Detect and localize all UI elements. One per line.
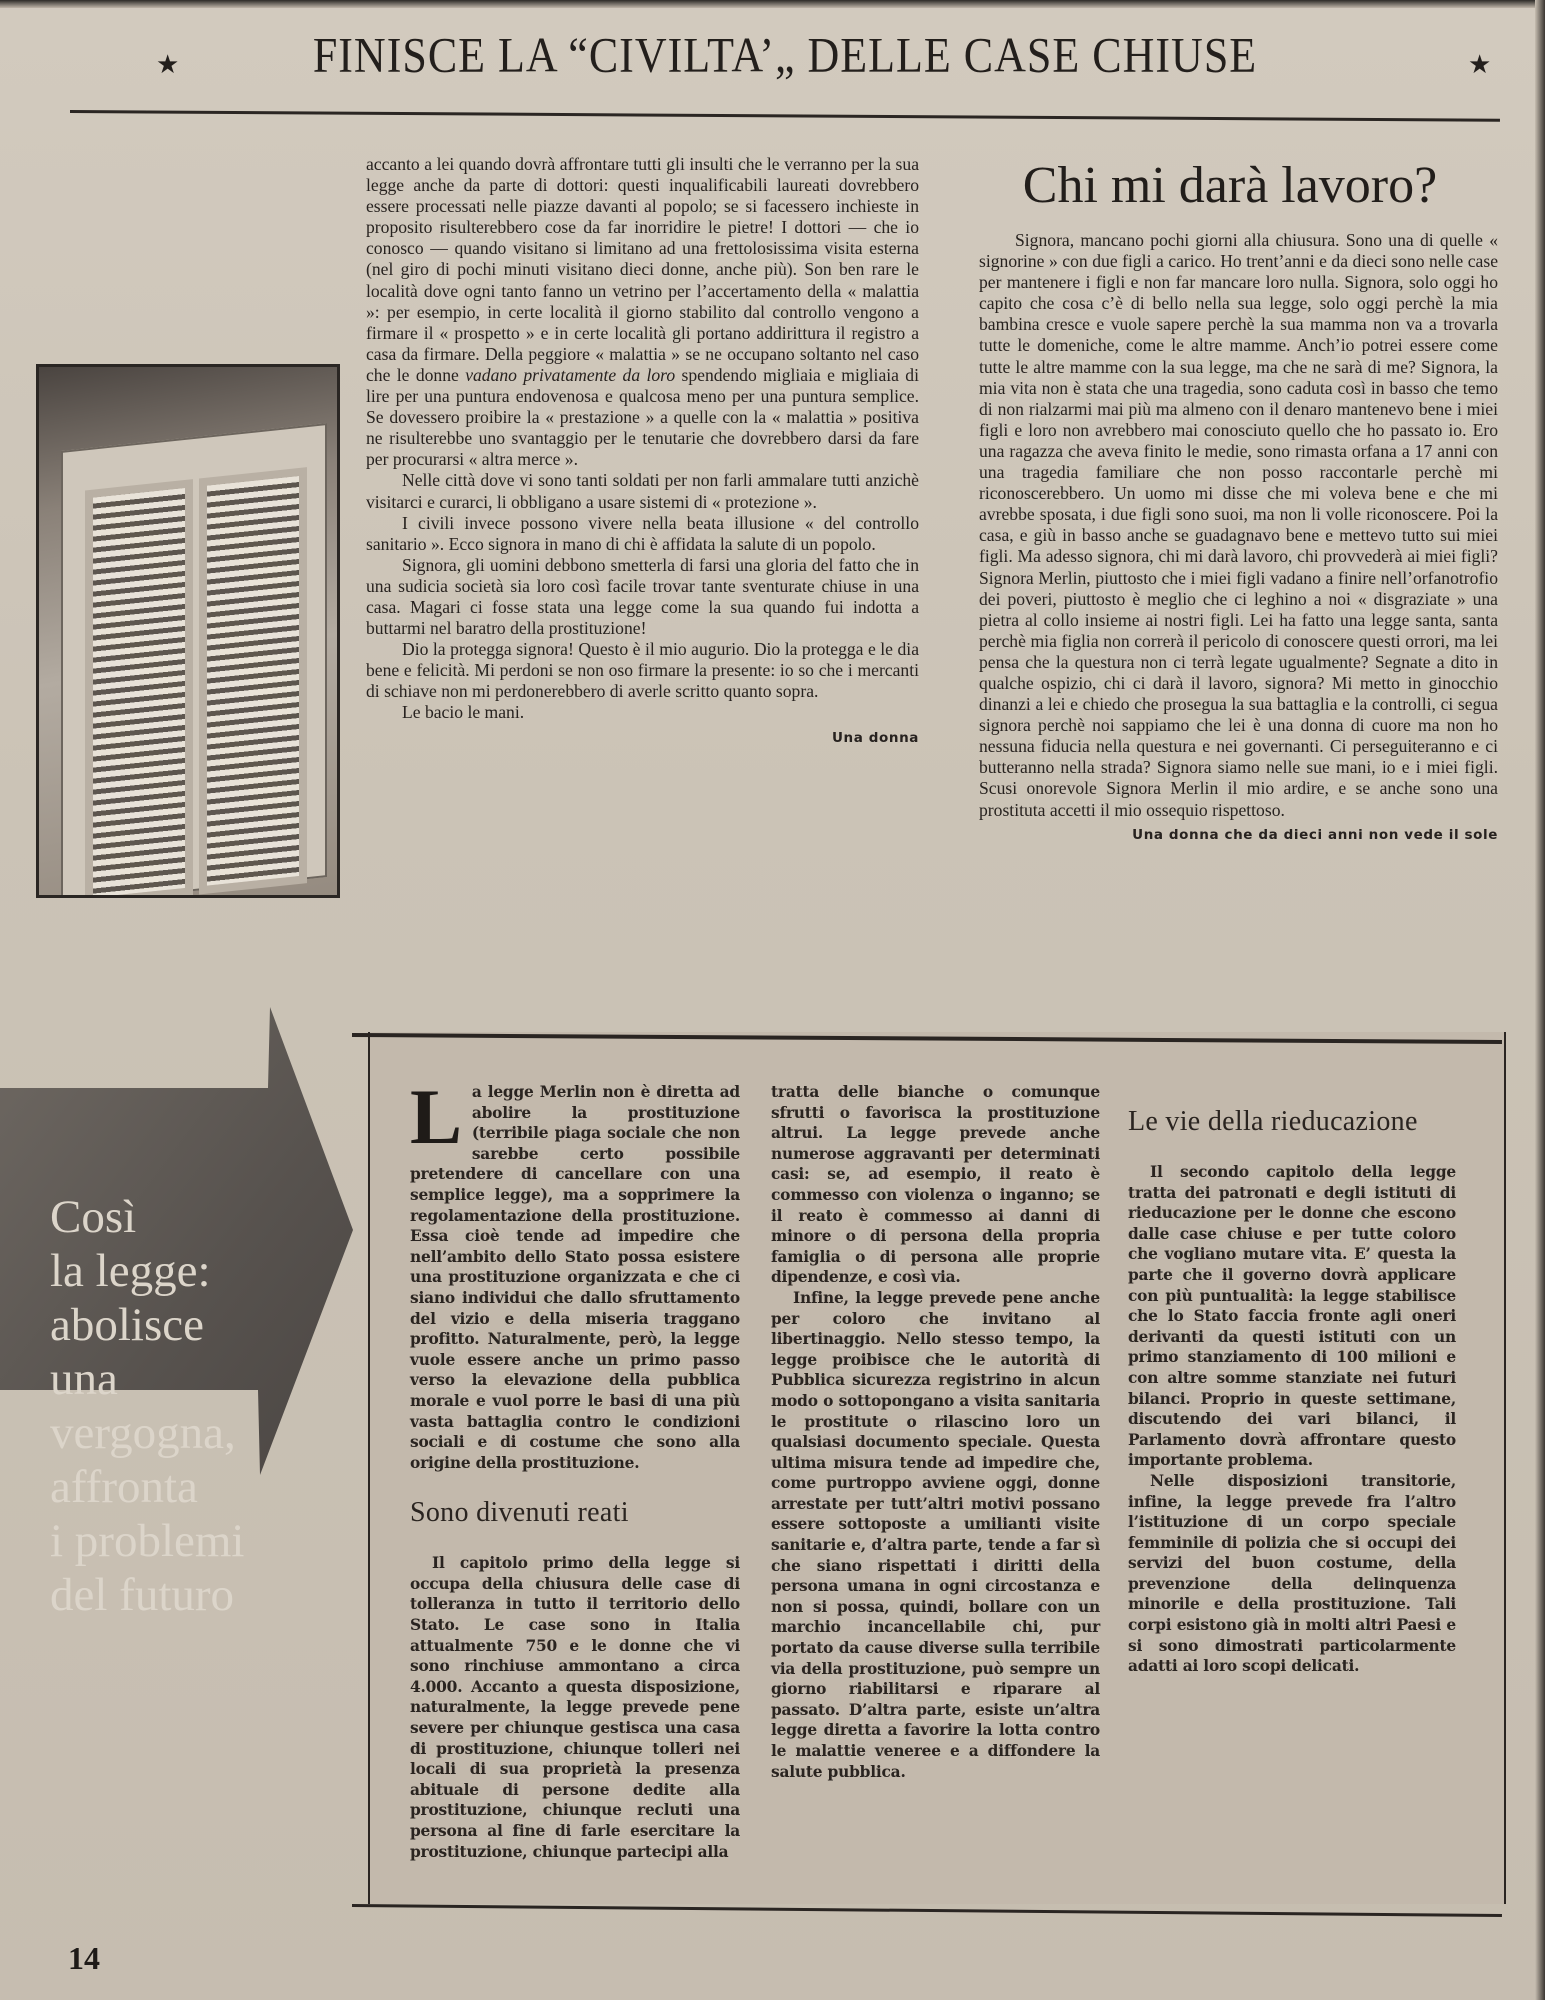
article-paragraph: tratta delle bianche o comunque sfrutti … xyxy=(771,1082,1100,1288)
letter-signature: Una donna che da dieci anni non vede il … xyxy=(979,825,1498,846)
page-edge xyxy=(0,0,1545,8)
letter-two-title: Chi mi darà lavoro? xyxy=(960,156,1500,215)
letter-two-column: Signora, mancano pochi giorni alla chius… xyxy=(979,230,1498,846)
article-column-1: La legge Merlin non è diretta ad abolire… xyxy=(410,1082,740,1862)
letter-signature: Una donna xyxy=(366,728,919,749)
article-intro: La legge Merlin non è diretta ad abolire… xyxy=(410,1082,740,1473)
article-paragraph: Infine, la legge prevede pene anche per … xyxy=(771,1288,1100,1782)
article-paragraph: Il secondo capitolo della legge tratta d… xyxy=(1128,1162,1456,1471)
shutter-right xyxy=(199,467,307,894)
headline-line: la legge: xyxy=(50,1244,310,1298)
headline-line: abolisce xyxy=(50,1298,310,1352)
headline-line: affronta xyxy=(50,1460,310,1514)
page-title: FINISCE LA “CIVILTA’„ DELLE CASE CHIUSE xyxy=(70,27,1500,84)
headline-line: una xyxy=(50,1352,310,1406)
letter-paragraph: Signora, gli uomini debbono smetterla di… xyxy=(366,555,919,639)
page-header: ★ FINISCE LA “CIVILTA’„ DELLE CASE CHIUS… xyxy=(70,26,1500,90)
paragraph-text: Il capitolo primo della legge si occupa … xyxy=(410,1554,740,1860)
window-shutters-photo xyxy=(36,364,340,898)
headline-line: Così xyxy=(50,1190,310,1244)
letter-paragraph: I civili invece possono vivere nella bea… xyxy=(366,513,919,555)
article-column-3: Le vie della rieducazioneIl secondo capi… xyxy=(1128,1082,1456,1677)
letter-italic-text: vadano privatamente da loro xyxy=(465,365,675,385)
headline-line: vergogna, xyxy=(50,1406,310,1460)
headline-line: i problemi xyxy=(50,1514,310,1568)
page-edge xyxy=(1535,0,1545,2000)
letter-paragraph: accanto a lei quando dovrà affrontare tu… xyxy=(366,154,919,470)
drop-cap: L xyxy=(410,1086,462,1148)
shutter-left xyxy=(85,479,193,898)
letter-closing: Le bacio le mani. xyxy=(366,702,919,723)
letter-text: accanto a lei quando dovrà affrontare tu… xyxy=(366,154,919,385)
letter-paragraph: Nelle città dove vi sono tanti soldati p… xyxy=(366,470,919,512)
window-frame xyxy=(61,423,327,898)
star-icon: ★ xyxy=(1468,50,1491,80)
headline-line: del futuro xyxy=(50,1568,310,1622)
letter-paragraph: Signora, mancano pochi giorni alla chius… xyxy=(979,230,1498,821)
letter-paragraph: Dio la protegga signora! Questo è il mio… xyxy=(366,639,919,702)
article-column-2: tratta delle bianche o comunque sfrutti … xyxy=(771,1082,1100,1782)
article-paragraph: Il capitolo primo della legge si occupa … xyxy=(410,1553,740,1862)
subheading-rieducazione: Le vie della rieducazione xyxy=(1128,1106,1456,1138)
page-number: 14 xyxy=(68,1940,100,1977)
magazine-page: ★ FINISCE LA “CIVILTA’„ DELLE CASE CHIUS… xyxy=(0,0,1545,2000)
letter-one-column: accanto a lei quando dovrà affrontare tu… xyxy=(366,154,919,749)
article-paragraph: Nelle disposizioni transitorie, infine, … xyxy=(1128,1471,1456,1677)
sidebar-headline: Così la legge: abolisce una vergogna, af… xyxy=(50,1190,310,1622)
box-rule-bottom xyxy=(352,1904,1502,1917)
subheading-reati: Sono divenuti reati xyxy=(410,1497,740,1529)
header-rule xyxy=(70,110,1500,122)
